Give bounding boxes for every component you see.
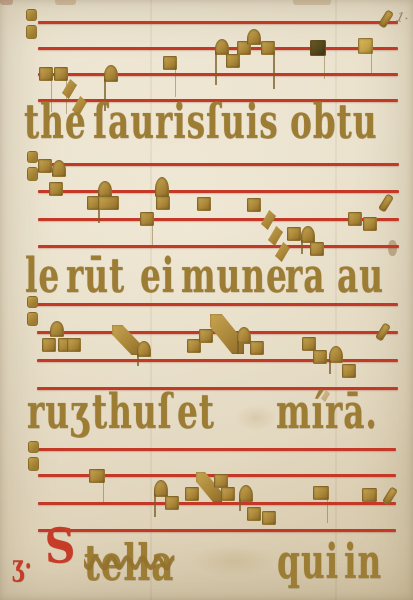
lyric-word: ſauris (93, 98, 206, 146)
staff-line (38, 502, 396, 505)
neume-stem (237, 341, 239, 354)
staff-line (37, 359, 398, 362)
neume-punctum (154, 480, 168, 497)
edge-stain (293, 0, 331, 5)
lyric-word: obtu (290, 98, 377, 146)
staff-line (38, 190, 399, 193)
folio-number: 1· (395, 10, 410, 27)
neume-punctum (199, 329, 213, 343)
neume-stem (327, 497, 328, 523)
clef-blob (27, 151, 38, 163)
neume-punctum (38, 159, 52, 173)
neume-punctum (214, 474, 228, 488)
neume-punctum (247, 198, 261, 212)
neume-punctum (155, 177, 169, 197)
clef-blob (27, 167, 38, 181)
neume-stem (175, 67, 176, 97)
neume-punctum (262, 511, 276, 525)
neume-punctum (247, 29, 261, 45)
neume-punctum (215, 39, 229, 55)
neume-punctum (98, 181, 112, 197)
lyric-word: ei (140, 252, 175, 300)
lyric-word: thuſ (92, 388, 173, 436)
clef-icon (28, 441, 40, 473)
staff-line (38, 73, 398, 76)
lyric-word: mírā. (276, 388, 378, 436)
neume-stem (215, 52, 217, 85)
neume-punctum (104, 65, 118, 82)
rubric-mark: ʒ· (12, 552, 33, 582)
manuscript-page: 1· theſaurisſuisobtulerūteimuneraauruʒth… (0, 0, 413, 600)
neume-punctum (313, 350, 327, 364)
lyric-word: ruʒ (27, 388, 90, 436)
neume-stem (324, 53, 325, 79)
neume-custos (378, 193, 394, 213)
neume-punctum (67, 338, 81, 352)
neume-punctum (197, 197, 211, 211)
neume-punctum (342, 364, 356, 378)
show-through-smudge (235, 405, 277, 431)
neume-punctum (287, 227, 301, 241)
neume-stem (329, 360, 331, 374)
staff-line (38, 529, 396, 532)
lyric-word: qui (277, 538, 339, 586)
neume-punctum (329, 346, 343, 363)
clef-blob (28, 441, 39, 453)
neume-stem (273, 52, 275, 89)
neume-punctum (42, 338, 56, 352)
neume-punctum (165, 496, 179, 510)
lyric-word: tella (84, 538, 174, 588)
clef-blob (26, 9, 37, 21)
neume-punctum (49, 182, 63, 196)
neume-punctum (348, 212, 362, 226)
neume-punctum (247, 507, 261, 521)
neume-punctum (185, 487, 199, 501)
neume-stem (239, 499, 241, 511)
neume-custos (378, 9, 394, 29)
staff-line (38, 163, 399, 166)
neume-punctum (52, 160, 66, 177)
lyric-word: ſuis (206, 98, 279, 146)
neume-punctum (250, 341, 264, 355)
neume-punctum (239, 485, 253, 502)
staff-line (38, 218, 399, 221)
illuminated-initial: S (44, 522, 77, 571)
lyric-word: in (344, 538, 382, 586)
staff-line (38, 21, 398, 24)
neume-punctum (50, 321, 64, 337)
show-through-smudge (190, 545, 278, 577)
neume-punctum (302, 337, 316, 351)
neume-stem (154, 494, 156, 517)
edge-stain (55, 0, 76, 5)
neume-punctum (98, 196, 119, 210)
lyric-word: the (24, 98, 87, 146)
neume-punctum (137, 341, 151, 357)
neume-stem (371, 51, 372, 75)
neume-punctum (363, 217, 377, 231)
neume-punctum (237, 327, 251, 344)
neume-punctum (221, 487, 235, 501)
neume-stem (137, 354, 139, 366)
clef-icon (26, 9, 38, 41)
lyric-word: et (177, 388, 215, 436)
lyric-word: mune (181, 252, 288, 300)
neume-punctum (362, 488, 377, 502)
clef-blob (26, 25, 37, 39)
neume-stem (152, 223, 153, 245)
neume-punctum (301, 226, 315, 243)
lyric-word: ra (285, 252, 325, 300)
clef-blob (27, 312, 38, 326)
clef-blob (28, 457, 39, 471)
staff-line (38, 448, 396, 451)
neume-punctum (156, 196, 170, 210)
neume-punctum (226, 54, 240, 68)
lyric-word: le (25, 252, 60, 300)
lyric-word: au (337, 252, 384, 300)
lyric-word: rūt (66, 252, 125, 300)
ink-stain (388, 240, 397, 256)
neume-stem (103, 480, 104, 505)
edge-stain (0, 0, 13, 5)
neume-diamond (268, 226, 283, 246)
